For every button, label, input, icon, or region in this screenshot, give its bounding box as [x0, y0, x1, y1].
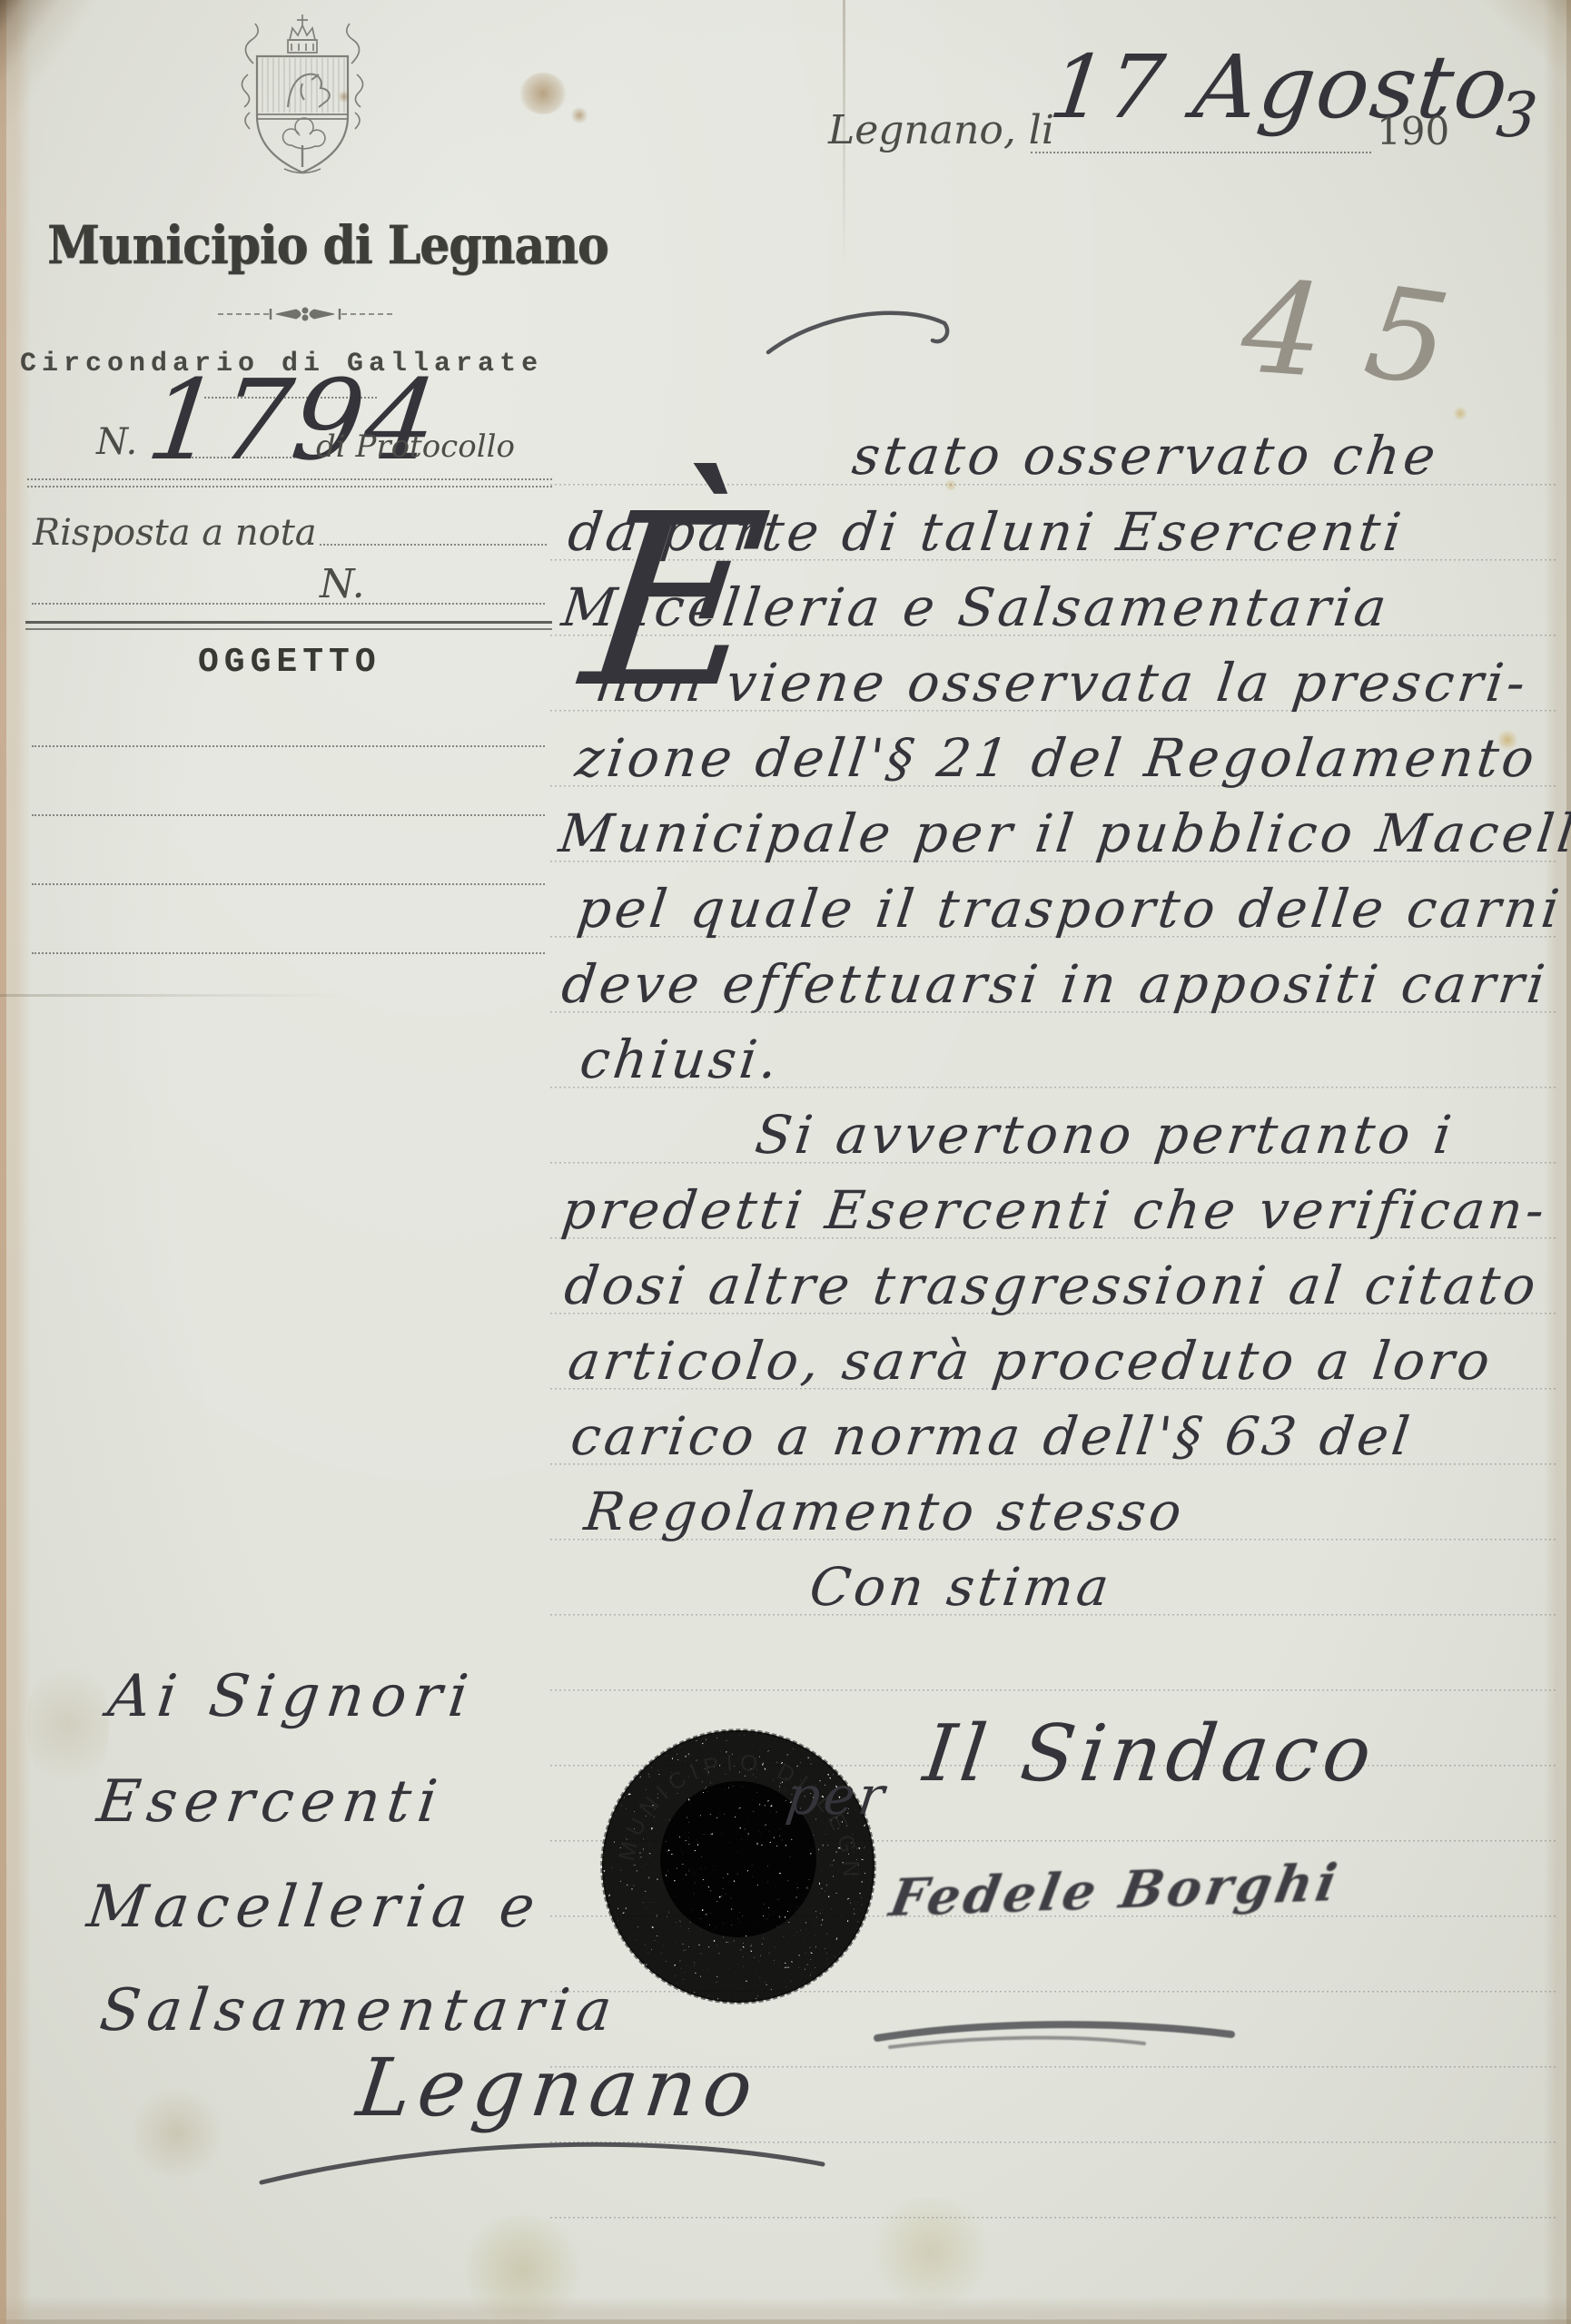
paper-stain — [127, 2088, 227, 2179]
heavy-rule — [25, 621, 552, 624]
municipality-title: Municipio di Legnano — [47, 214, 608, 276]
dateline-place-printed: Legnano, li — [828, 107, 1054, 153]
protocol-n-label: N. — [96, 421, 137, 463]
recipient-line: Macelleria e — [84, 1874, 546, 1941]
dotted-line — [32, 603, 545, 605]
body-closing: Con stima — [806, 1556, 1116, 1618]
protocol-di-label: di Protocollo — [316, 428, 515, 465]
ref-n-label: N. — [320, 561, 365, 607]
paper-stain — [1453, 407, 1467, 420]
pencil-archive-digit-4: 4 — [1237, 253, 1328, 407]
body-line: non viene osservata la prescri- — [592, 652, 1532, 714]
dateline-year-digit-handwritten: 3 — [1493, 80, 1545, 152]
scanned-letter-page: Municipio di Legnano Circondario di Gall… — [0, 0, 1571, 2324]
paper-stain — [27, 1652, 109, 1797]
body-line: zione dell'§ 21 del Regolamento — [572, 727, 1541, 789]
protocol-number-handwritten: 1794 — [141, 356, 446, 485]
reply-label: Risposta a nota — [33, 512, 317, 554]
ornament-divider-icon — [216, 303, 394, 325]
body-line: carico a norma dell'§ 63 del — [568, 1405, 1417, 1467]
body-line: pel quale il trasporto delle carni — [574, 878, 1566, 940]
dotted-line — [32, 745, 545, 747]
paper-stain — [519, 73, 567, 114]
dotted-line — [320, 544, 547, 546]
municipal-stamp: MUNICIPIO DI LEGNANO — [586, 1714, 891, 2019]
recipient-city: Legnano — [352, 2041, 765, 2134]
body-line: Municipale per il pubblico Macello — [556, 803, 1571, 864]
body-line: Regolamento stesso — [581, 1481, 1189, 1542]
dotted-line — [32, 814, 545, 816]
dotted-line — [32, 883, 545, 885]
subject-label: OGGETTO — [198, 643, 381, 682]
paper-stain — [454, 2215, 590, 2324]
recipient-line: Ai Signori — [104, 1663, 479, 1730]
body-line: stato osservato che — [849, 425, 1442, 487]
body-line: articolo, sarà proceduto a loro — [565, 1330, 1497, 1392]
city-underline-flourish — [252, 2122, 843, 2201]
legnano-coat-of-arms-icon — [221, 11, 384, 192]
body-line: deve effettuarsi in appositi carri — [558, 953, 1552, 1015]
pencil-archive-digit-5: 5 — [1357, 259, 1457, 417]
recipient-line: Esercenti — [94, 1768, 448, 1836]
signature-per-label: per — [783, 1765, 892, 1827]
body-line: Macelleria e Salsamentaria — [558, 576, 1393, 638]
body-line: dosi altre trasgressioni al citato — [561, 1255, 1543, 1316]
body-line: chiusi. — [577, 1029, 785, 1090]
heavy-rule — [25, 628, 552, 630]
pen-swash — [765, 298, 959, 367]
recipient-line: Salsamentaria — [96, 1977, 622, 2044]
dateline-year-printed: 190 — [1377, 109, 1449, 153]
signature-role: Il Sindaco — [919, 1709, 1381, 1799]
body-line: predetti Esercenti che verifican- — [558, 1179, 1551, 1241]
dotted-line — [32, 952, 545, 954]
paper-stain — [570, 107, 588, 123]
paper-crease — [0, 994, 345, 997]
body-line: da parte di taluni Esercenti — [565, 501, 1408, 563]
body-line: Si avvertono pertanto i — [752, 1104, 1458, 1166]
dotted-line — [27, 486, 552, 487]
signature-underline-flourish — [872, 2011, 1244, 2062]
dotted-line — [1031, 152, 1371, 153]
